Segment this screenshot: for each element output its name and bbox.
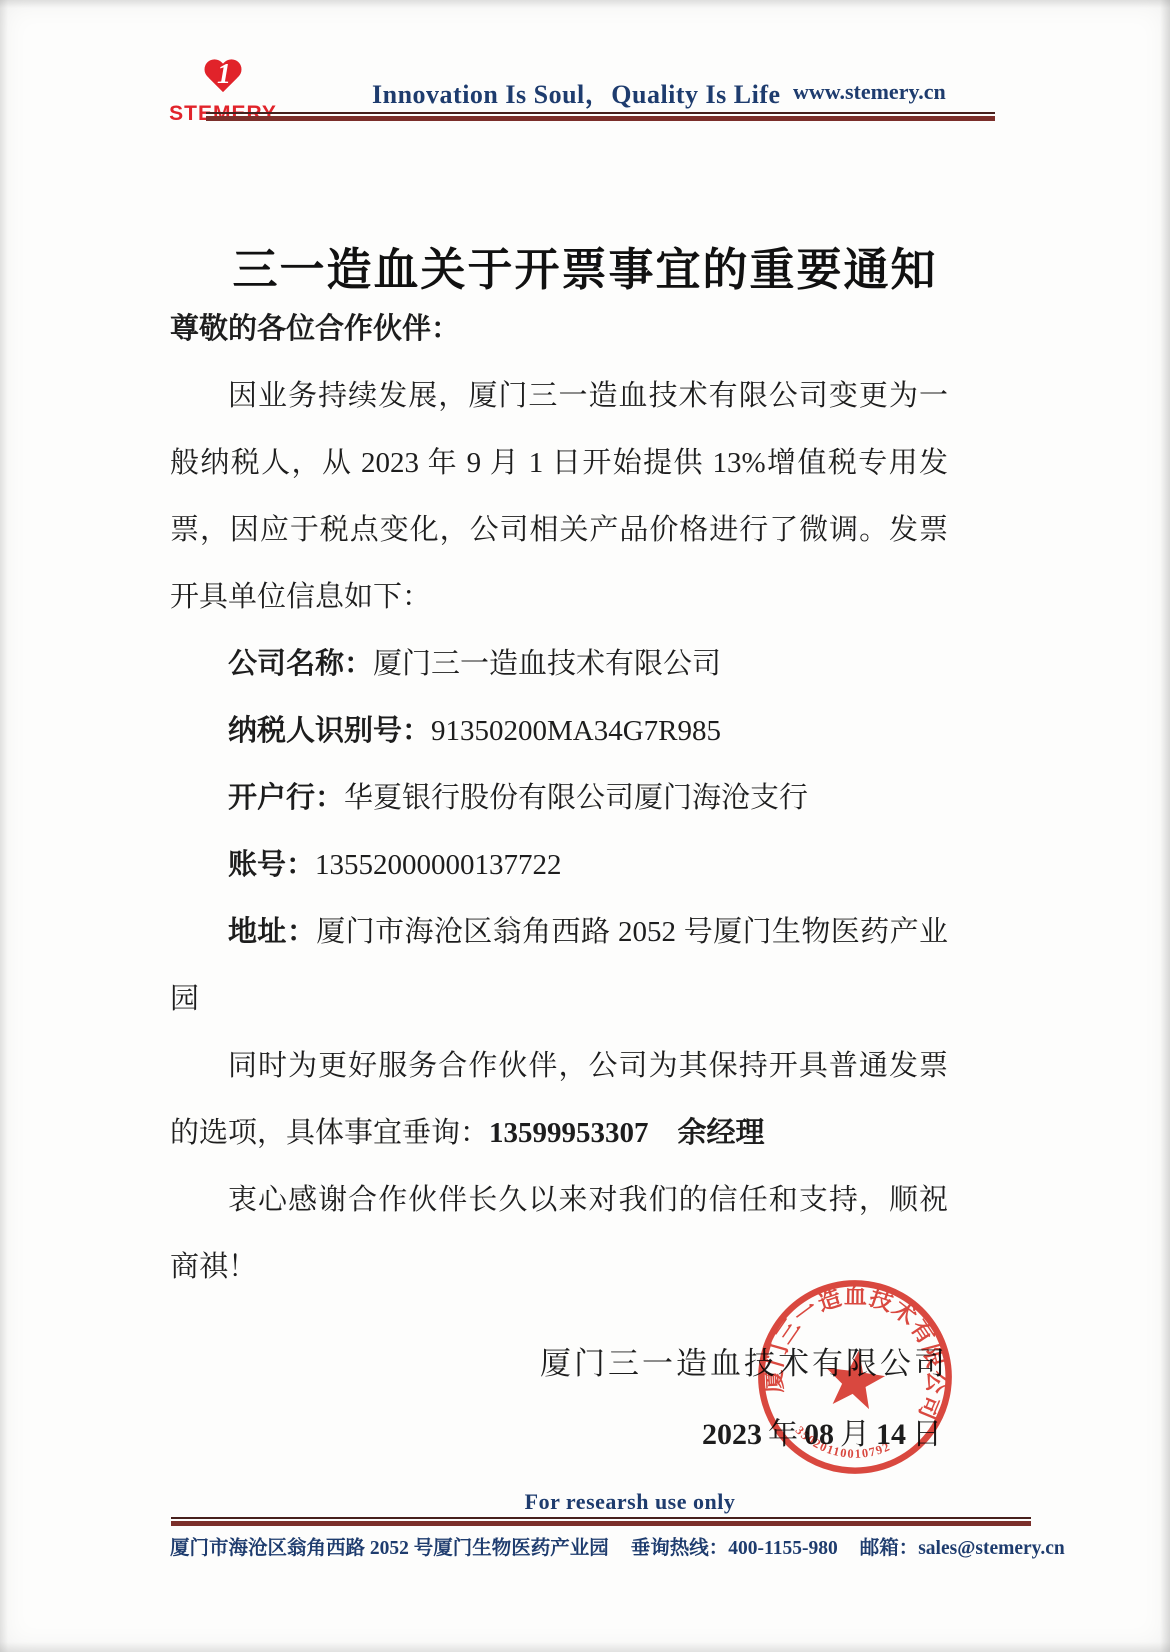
document-body: 尊敬的各位合作伙伴： 因业务持续发展，厦门三一造血技术有限公司变更为一般纳税人，… <box>170 296 948 1301</box>
field-label: 公司名称： <box>228 648 373 680</box>
field-company-name: 公司名称：厦门三一造血技术有限公司 <box>170 631 948 698</box>
field-value: 华夏银行股份有限公司厦门海沧支行 <box>344 782 808 814</box>
footer-email: 邮箱：sales@stemery.cn <box>860 1538 1065 1559</box>
seal-ring-text: 厦门三一造血技术有限公司 <box>756 1276 956 1425</box>
contact-phone-and-manager: 13599953307 余经理 <box>489 1117 765 1149</box>
field-taxpayer-id: 纳税人识别号：91350200MA34G7R985 <box>170 698 948 765</box>
footer-hotline-number: 400-1155-980 <box>728 1538 837 1559</box>
company-seal: 厦门三一造血技术有限公司 35020110010792 <box>754 1276 956 1478</box>
salutation: 尊敬的各位合作伙伴： <box>170 296 948 363</box>
seal-star-icon <box>821 1347 888 1411</box>
footer-email-address: sales@stemery.cn <box>918 1538 1064 1559</box>
paragraph-contact: 同时为更好服务合作伙伴，公司为其保持开具普通发票的选项，具体事宜垂询：13599… <box>170 1033 948 1167</box>
field-value: 91350200MA34G7R985 <box>431 715 721 747</box>
footer-address: 厦门市海沧区翁角西路 2052 号厦门生物医药产业园 <box>170 1538 609 1559</box>
photo-edge-bottom <box>0 1642 1170 1652</box>
logo-numeral: 1 <box>217 59 231 91</box>
footer-hotline: 垂询热线：400-1155-980 <box>631 1538 838 1559</box>
field-value: 厦门三一造血技术有限公司 <box>373 648 721 680</box>
svg-text:厦门三一造血技术有限公司: 厦门三一造血技术有限公司 <box>756 1276 956 1425</box>
footer-contact-line: 厦门市海沧区翁角西路 2052 号厦门生物医药产业园垂询热线：400-1155-… <box>170 1532 1040 1560</box>
field-label: 账号： <box>228 849 315 881</box>
company-tagline: Innovation Is Soul，Quality Is Life <box>372 74 781 111</box>
paragraph-intro: 因业务持续发展，厦门三一造血技术有限公司变更为一般纳税人，从 2023 年 9 … <box>170 363 948 631</box>
footer-email-label: 邮箱： <box>860 1538 919 1559</box>
letterhead: 1 STEMERY Innovation Is Soul，Quality Is … <box>0 0 1170 150</box>
field-value: 13552000000137722 <box>315 849 562 881</box>
heart-logo-icon: 1 <box>200 56 246 100</box>
date-year: 2023 <box>702 1418 762 1451</box>
field-account-number: 账号：13552000000137722 <box>170 832 948 899</box>
document-page: 1 STEMERY Innovation Is Soul，Quality Is … <box>0 0 1170 1652</box>
document-title: 三一造血关于开票事宜的重要通知 <box>0 233 1170 298</box>
company-website: www.stemery.cn <box>793 79 946 105</box>
field-label: 开户行： <box>228 782 344 814</box>
field-label: 地址： <box>228 916 316 948</box>
footer-hotline-label: 垂询热线： <box>631 1538 729 1559</box>
footer-notice: For researsh use only <box>45 1489 1170 1515</box>
field-label: 纳税人识别号： <box>228 715 431 747</box>
field-bank: 开户行：华夏银行股份有限公司厦门海沧支行 <box>170 765 948 832</box>
footer-divider <box>171 1517 1031 1526</box>
field-address: 地址：厦门市海沧区翁角西路 2052 号厦门生物医药产业园 <box>170 899 948 1033</box>
header-divider <box>206 112 995 121</box>
